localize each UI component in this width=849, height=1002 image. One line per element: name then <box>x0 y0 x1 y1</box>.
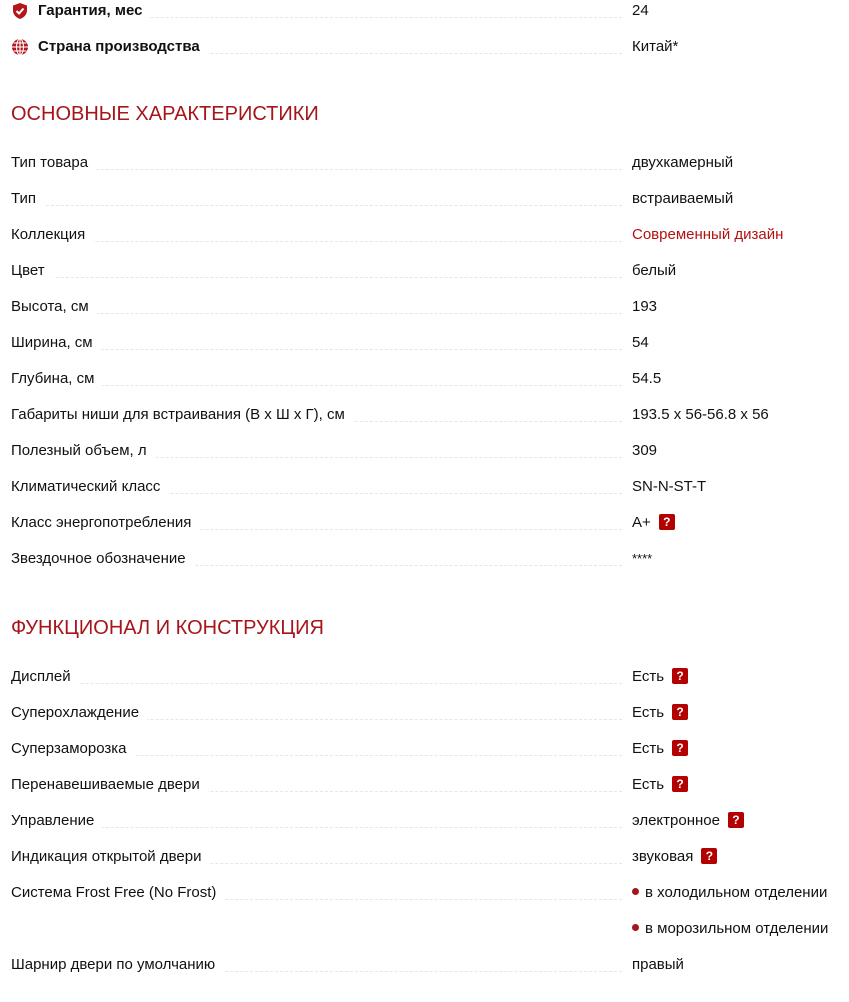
spec-row: Индикация открытой дверизвуковая? <box>11 846 849 870</box>
bullet-icon <box>632 924 639 931</box>
spec-label: Дисплей <box>11 666 79 688</box>
spec-row: Шарнир двери по умолчаниюправый <box>11 954 849 978</box>
spec-value: A+? <box>632 512 675 534</box>
dotted-leader <box>11 349 622 350</box>
spec-value: **** <box>632 548 652 570</box>
spec-row: Система Frost Free (No Frost)в холодильн… <box>11 882 849 906</box>
spec-label: Коллекция <box>11 224 93 246</box>
shield-check-icon <box>11 2 29 20</box>
spec-label: Габариты ниши для встраивания (В х Ш х Г… <box>11 404 353 426</box>
spec-row: ДисплейЕсть? <box>11 666 849 690</box>
spec-row: Звездочное обозначение**** <box>11 548 849 572</box>
help-icon[interactable]: ? <box>728 812 744 828</box>
spec-row: Климатический классSN-N-ST-T <box>11 476 849 500</box>
spec-label: Страна производства <box>38 38 200 55</box>
spec-value: Китай* <box>632 36 678 58</box>
spec-label: Суперохлаждение <box>11 702 147 724</box>
spec-value: Есть? <box>632 666 688 688</box>
spec-row-warranty: Гарантия, мес 24 <box>11 0 849 24</box>
spec-value: 193 <box>632 296 657 318</box>
spec-label: Управление <box>11 810 102 832</box>
dotted-leader <box>11 169 622 170</box>
help-icon[interactable]: ? <box>672 668 688 684</box>
dotted-leader <box>11 827 622 828</box>
dotted-leader <box>11 241 622 242</box>
section-title-functions: ФУНКЦИОНАЛ И КОНСТРУКЦИЯ <box>11 617 324 640</box>
spec-value: Есть? <box>632 702 688 724</box>
spec-row: Тип товарадвухкамерный <box>11 152 849 176</box>
spec-label: Полезный объем, л <box>11 440 155 462</box>
spec-row: Высота, см193 <box>11 296 849 320</box>
spec-row-country: Страна производства Китай* <box>11 36 849 60</box>
spec-row: Глубина, см54.5 <box>11 368 849 392</box>
spec-value: Есть? <box>632 774 688 796</box>
spec-row: Класс энергопотребленияA+? <box>11 512 849 536</box>
dotted-leader <box>11 313 622 314</box>
spec-label: Шарнир двери по умолчанию <box>11 954 223 976</box>
spec-label: Высота, см <box>11 296 97 318</box>
spec-value: 54 <box>632 332 649 354</box>
spec-row: КоллекцияСовременный дизайн <box>11 224 849 248</box>
help-icon[interactable]: ? <box>659 514 675 530</box>
help-icon[interactable]: ? <box>672 776 688 792</box>
spec-label: Цвет <box>11 260 53 282</box>
dotted-leader <box>11 683 622 684</box>
spec-row: Ширина, см54 <box>11 332 849 356</box>
spec-row: Управлениеэлектронное? <box>11 810 849 834</box>
spec-value: электронное? <box>632 810 744 832</box>
spec-value: 309 <box>632 440 657 462</box>
spec-value-item: в холодильном отделении <box>632 882 827 904</box>
spec-row: Габариты ниши для встраивания (В х Ш х Г… <box>11 404 849 428</box>
help-icon[interactable]: ? <box>701 848 717 864</box>
spec-value: 193.5 x 56-56.8 x 56 <box>632 404 769 426</box>
spec-value: правый <box>632 954 684 976</box>
dotted-leader <box>11 205 622 206</box>
bullet-icon <box>632 888 639 895</box>
spec-value-item: в морозильном отделении <box>632 918 828 940</box>
spec-row: Перенавешиваемые двериЕсть? <box>11 774 849 798</box>
spec-label: Гарантия, мес <box>38 2 142 19</box>
help-icon[interactable]: ? <box>672 704 688 720</box>
spec-label: Индикация открытой двери <box>11 846 209 868</box>
spec-value: звуковая? <box>632 846 717 868</box>
spec-value: 54.5 <box>632 368 661 390</box>
spec-value: двухкамерный <box>632 152 733 174</box>
spec-value: встраиваемый <box>632 188 733 210</box>
spec-label: Ширина, см <box>11 332 101 354</box>
dotted-leader <box>11 385 622 386</box>
spec-row: СуперохлаждениеЕсть? <box>11 702 849 726</box>
spec-label: Глубина, см <box>11 368 102 390</box>
spec-value: Есть? <box>632 738 688 760</box>
spec-label: Класс энергопотребления <box>11 512 199 534</box>
spec-label: Тип <box>11 188 44 210</box>
spec-value: Современный дизайн <box>632 224 783 246</box>
spec-label: Система Frost Free (No Frost) <box>11 882 224 904</box>
globe-icon <box>11 38 29 56</box>
section-title-main-specs: ОСНОВНЫЕ ХАРАКТЕРИСТИКИ <box>11 103 319 126</box>
spec-label: Перенавешиваемые двери <box>11 774 208 796</box>
dotted-leader <box>11 277 622 278</box>
spec-value: SN-N-ST-T <box>632 476 706 498</box>
help-icon[interactable]: ? <box>672 740 688 756</box>
spec-row: Цветбелый <box>11 260 849 284</box>
spec-value: белый <box>632 260 676 282</box>
collection-link[interactable]: Современный дизайн <box>632 226 783 243</box>
spec-label: Суперзаморозка <box>11 738 134 760</box>
spec-label: Климатический класс <box>11 476 168 498</box>
spec-label: Тип товара <box>11 152 96 174</box>
spec-row: СуперзаморозкаЕсть? <box>11 738 849 762</box>
spec-row: Типвстраиваемый <box>11 188 849 212</box>
spec-value: 24 <box>632 0 649 22</box>
spec-row: Полезный объем, л309 <box>11 440 849 464</box>
spec-label: Звездочное обозначение <box>11 548 194 570</box>
